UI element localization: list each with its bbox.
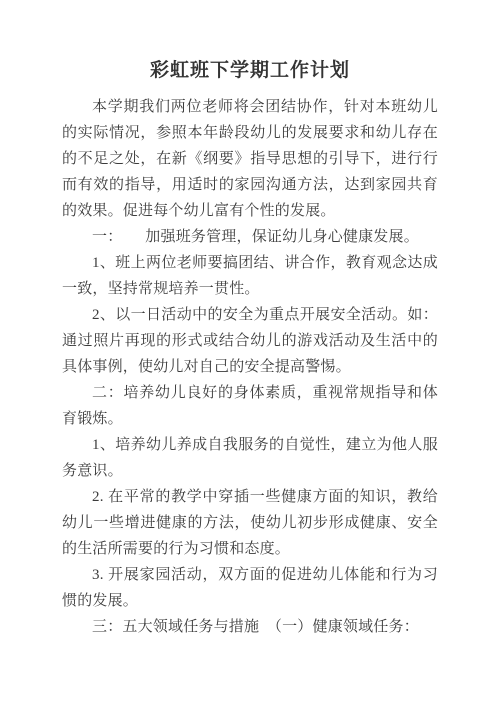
document-title: 彩虹班下学期工作计划 (62, 57, 438, 85)
document-body: 本学期我们两位老师将会团结协作，针对本班幼儿的实际情况，参照本年龄段幼儿的发展要… (62, 94, 438, 640)
paragraph: 2. 在平常的教学中穿插一些健康方面的知识，教给幼儿一些增进健康的方法，使幼儿初… (62, 484, 438, 562)
paragraph: 本学期我们两位老师将会团结协作，针对本班幼儿的实际情况，参照本年龄段幼儿的发展要… (62, 94, 438, 224)
paragraph: 3. 开展家园活动，双方面的促进幼儿体能和行为习惯的发展。 (62, 562, 438, 614)
paragraph: 一： 加强班务管理，保证幼儿身心健康发展。 (62, 224, 438, 250)
paragraph: 二：培养幼儿良好的身体素质，重视常规指导和体育锻炼。 (62, 380, 438, 432)
paragraph: 1、班上两位老师要搞团结、讲合作，教育观念达成一致，坚持常规培养一贯性。 (62, 250, 438, 302)
paragraph: 2、以一日活动中的安全为重点开展安全活动。如：通过照片再现的形式或结合幼儿的游戏… (62, 302, 438, 380)
paragraph: 1、培养幼儿养成自我服务的自觉性，建立为他人服务意识。 (62, 432, 438, 484)
paragraph: 三：五大领域任务与措施 （一）健康领域任务： (62, 614, 438, 640)
document-page: 彩虹班下学期工作计划 本学期我们两位老师将会团结协作，针对本班幼儿的实际情况，参… (0, 0, 500, 707)
